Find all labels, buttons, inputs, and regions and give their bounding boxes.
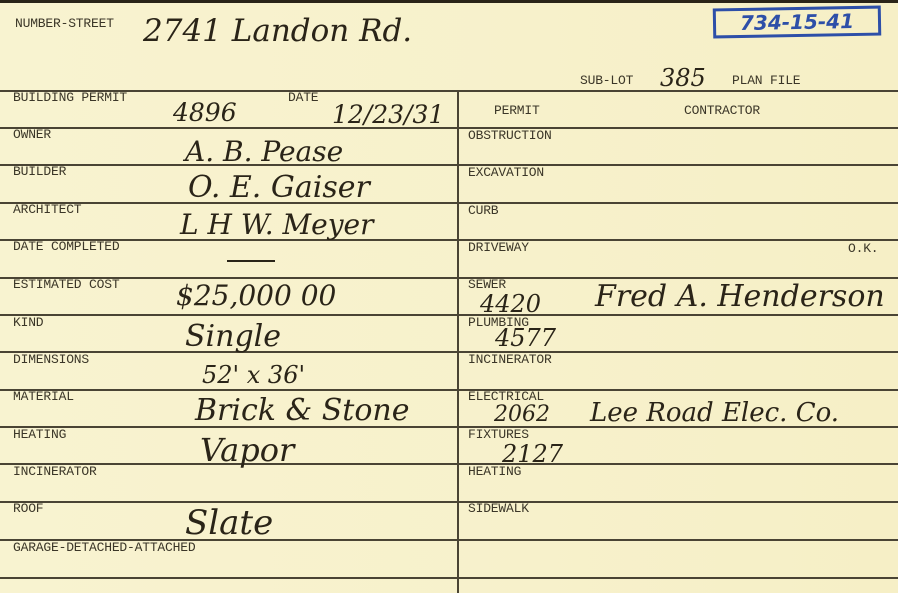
number-street-label: NUMBER-STREET <box>15 17 114 31</box>
builder-label: BUILDER <box>13 165 66 179</box>
electrical-permit-number: 2062 <box>494 404 550 426</box>
material-value: Brick & Stone <box>195 396 409 426</box>
plumbing-permit-number: 4577 <box>495 326 556 350</box>
incinerator-right-label: INCINERATOR <box>468 353 552 367</box>
plan-file-label: PLAN FILE <box>732 74 800 88</box>
owner-value: A. B. Pease <box>185 138 343 166</box>
rule <box>0 463 898 465</box>
kind-value: Single <box>185 322 281 352</box>
architect-label: ARCHITECT <box>13 203 81 217</box>
rule <box>0 389 898 391</box>
kind-label: KIND <box>13 316 43 330</box>
building-permit-value: 4896 <box>173 100 237 125</box>
sidewalk-label: SIDEWALK <box>468 502 529 516</box>
contractor-column-header: CONTRACTOR <box>684 104 760 118</box>
number-street-value: 2741 Landon Rd. <box>143 16 412 47</box>
excavation-label: EXCAVATION <box>468 166 544 180</box>
material-label: MATERIAL <box>13 390 74 404</box>
dimensions-label: DIMENSIONS <box>13 353 89 367</box>
permit-column-header: PERMIT <box>494 104 540 118</box>
fixtures-permit-number: 2127 <box>502 442 563 466</box>
card-top-edge <box>0 0 898 3</box>
heating-value: Vapor <box>200 434 294 466</box>
permit-card: NUMBER-STREET 2741 Landon Rd. 734-15-41 … <box>0 0 898 593</box>
sewer-contractor: Fred A. Henderson <box>595 282 885 312</box>
building-permit-label: BUILDING PERMIT <box>13 91 127 105</box>
rule <box>0 239 898 241</box>
heating-label: HEATING <box>13 428 66 442</box>
architect-value: L H W. Meyer <box>180 211 374 239</box>
date-label: DATE <box>288 91 318 105</box>
estimated-cost-value: $25,000 00 <box>176 282 336 310</box>
garage-label: GARAGE-DETACHED-ATTACHED <box>13 541 195 555</box>
permit-date-value: 12/23/31 <box>332 102 444 127</box>
curb-label: CURB <box>468 204 498 218</box>
column-divider <box>457 90 459 593</box>
electrical-contractor: Lee Road Elec. Co. <box>590 400 839 426</box>
incinerator-label: INCINERATOR <box>13 465 97 479</box>
driveway-label: DRIVEWAY <box>468 241 529 255</box>
rule <box>0 501 898 503</box>
builder-value: O. E. Gaiser <box>188 173 370 203</box>
sub-lot-label: SUB-LOT <box>580 74 633 88</box>
rule <box>0 90 898 92</box>
date-completed-dash <box>227 260 275 262</box>
roof-label: ROOF <box>13 502 43 516</box>
rule <box>0 127 898 129</box>
rule <box>0 577 898 579</box>
rule <box>0 164 898 166</box>
driveway-status: O.K. <box>848 242 878 256</box>
estimated-cost-label: ESTIMATED COST <box>13 278 119 292</box>
rule <box>0 351 898 353</box>
rule <box>0 314 898 316</box>
sewer-permit-number: 4420 <box>480 292 541 316</box>
owner-label: OWNER <box>13 128 51 142</box>
date-completed-label: DATE COMPLETED <box>13 240 119 254</box>
card-number-stamp: 734-15-41 <box>713 6 881 39</box>
roof-value: Slate <box>185 506 273 540</box>
sub-lot-value: 385 <box>660 66 706 90</box>
rule <box>0 202 898 204</box>
obstruction-label: OBSTRUCTION <box>468 129 552 143</box>
dimensions-value: 52' x 36' <box>202 363 305 387</box>
